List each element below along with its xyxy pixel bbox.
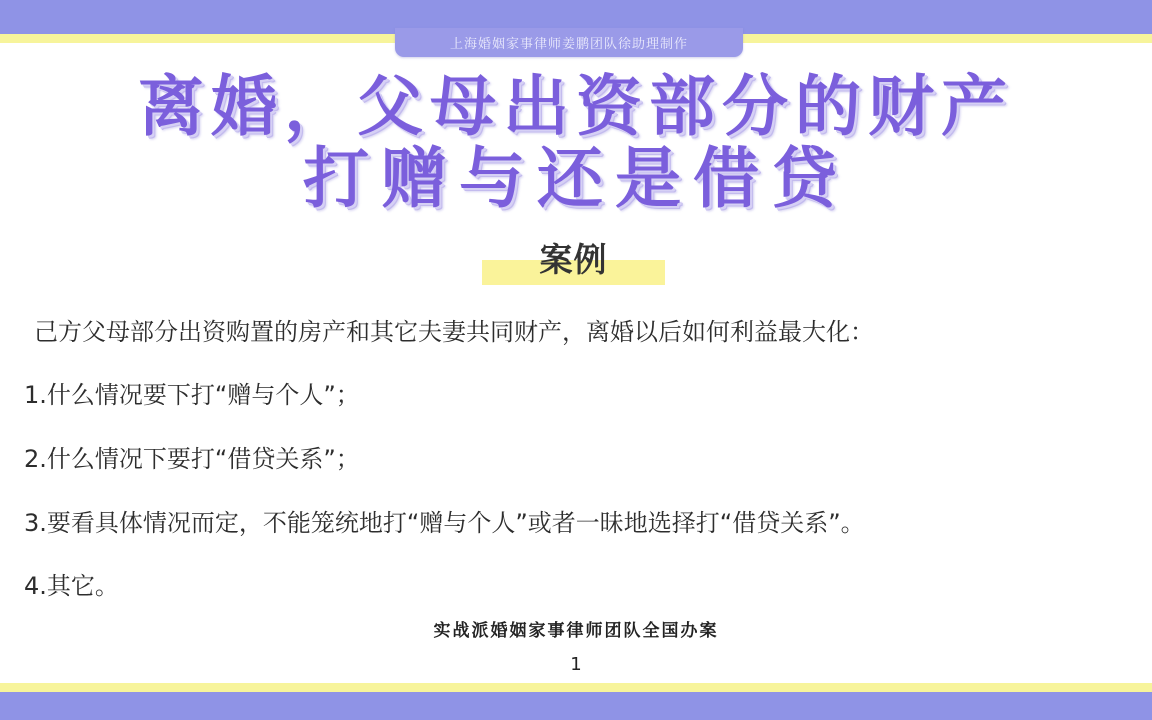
title-line-2: 打赠与还是借贷 xyxy=(0,146,1152,218)
slide: 上海婚姻家事律师姜鹏团队徐助理制作 离婚，父母出资部分的财产 打赠与还是借贷 案… xyxy=(0,0,1152,720)
credit-text: 上海婚姻家事律师姜鹏团队徐助理制作 xyxy=(450,33,688,52)
slide-title: 离婚，父母出资部分的财产 打赠与还是借贷 xyxy=(0,74,1152,218)
list-item: 2.什么情况下要打“借贷关系”； xyxy=(24,444,360,474)
list-item: 4.其它。 xyxy=(24,571,119,601)
title-line-1: 离婚，父母出资部分的财产 xyxy=(0,74,1152,146)
bottom-yellow-stripe xyxy=(0,683,1152,692)
list-item: 1.什么情况要下打“赠与个人”； xyxy=(24,380,360,410)
intro-paragraph: 己方父母部分出资购置的房产和其它夫妻共同财产，离婚以后如何利益最大化： xyxy=(34,317,874,347)
bottom-decorative-bar xyxy=(0,692,1152,720)
credit-tab: 上海婚姻家事律师姜鹏团队徐助理制作 xyxy=(395,28,743,57)
section-heading: 案例 xyxy=(482,240,665,286)
footer-slogan: 实战派婚姻家事律师团队全国办案 xyxy=(0,616,1152,641)
page-number: 1 xyxy=(0,654,1152,675)
section-label: 案例 xyxy=(482,240,665,280)
list-item: 3.要看具体情况而定，不能笼统地打“赠与个人”或者一昧地选择打“借贷关系”。 xyxy=(24,508,865,538)
